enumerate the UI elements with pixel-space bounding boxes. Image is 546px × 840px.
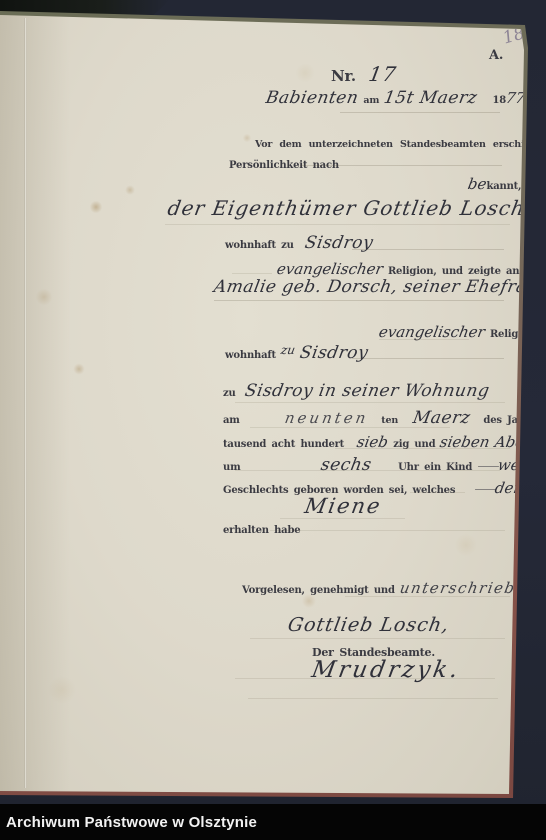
des-jahres: des Jahres [483, 415, 541, 426]
birth-place: Sisdroy in seiner Wohnung [243, 381, 491, 401]
um-label: um [223, 462, 240, 473]
ruled-line [379, 339, 469, 340]
thousand-print: tausend acht hundert [223, 439, 344, 450]
religion-line-1: evangelischer Religion, und zeigte an, d… [277, 259, 546, 278]
birthdate-line: am neunten ten Maerz des Jahres [223, 408, 542, 428]
ruled-line [248, 698, 498, 699]
dateline-place: Babienten [264, 88, 360, 108]
known-line: bekannt, [468, 174, 521, 193]
residence-line-2: wohnhaft zu Sisdroy [225, 343, 368, 363]
intro-line-1: Vor dem unterzeichneten Standesbeamten e… [255, 132, 546, 151]
form-letter-a: A. [489, 44, 503, 63]
residence2-zu: zu [280, 343, 297, 357]
erhalten-line: erhalten habe [223, 518, 300, 537]
residence1-label: wohnhaft zu [225, 240, 294, 251]
hour-hand: sechs [319, 455, 373, 475]
vornamen-print: Vornamen [529, 485, 546, 496]
ruled-line [352, 358, 504, 359]
den-hand: den [494, 479, 525, 497]
archive-watermark-bar: Archiwum Państwowe w Olsztynie [0, 804, 546, 840]
am-label: am [223, 415, 240, 426]
lichen-suffix: lichen [534, 462, 546, 473]
declarant-signature: Gottlieb Losch, [286, 614, 451, 636]
child-name-line: Miene [305, 494, 382, 518]
ruled-line [410, 492, 465, 493]
ruled-line [214, 300, 504, 301]
known-hand: be [466, 175, 488, 193]
declarant-line: der Eigenthümer Gottlieb Losch [168, 196, 525, 220]
religion2-print: Religion, [490, 329, 539, 340]
ruled-line [165, 224, 510, 225]
ten-suffix: ten [381, 415, 398, 426]
fold-crease [24, 18, 27, 788]
vorgelesen-print: Vorgelesen, genehmigt und [242, 585, 395, 596]
registrar-signature: Mrudrzyk. [310, 657, 463, 683]
dateline: Babienten am 15t Maerz 1877. [266, 88, 530, 108]
day-hand: neunten [283, 409, 370, 427]
declarant-name: der Eigenthümer Gottlieb Losch [166, 196, 527, 220]
child-name: Miene [303, 494, 384, 518]
intro-line-2: Persönlichkeit nach [229, 153, 339, 172]
vorgelesen-line: Vorgelesen, genehmigt und unterschrieben [242, 578, 537, 597]
scanned-register-page: A. 18 Nr. 17 Babienten am 15t Maerz 1877… [0, 0, 546, 840]
mother-name: Amalie geb. Dorsch, seiner Ehefrau [212, 277, 540, 297]
dateline-daymonth: 15t Maerz [383, 88, 480, 108]
unterschrieben-hand: unterschrieben [398, 579, 538, 597]
archive-watermark-text: Archiwum Państwowe w Olsztynie [6, 814, 257, 831]
birth-zu: zu [223, 388, 236, 399]
ruled-line [232, 273, 272, 274]
ruled-line [335, 448, 510, 449]
record-number-label: Nr. [331, 67, 356, 85]
ruled-line [345, 596, 510, 597]
gutter-shadow [0, 15, 70, 791]
residence-line-1: wohnhaft zu Sisdroy [225, 233, 373, 253]
ruled-line [250, 427, 450, 428]
religion1-hand: evangelischer [275, 260, 384, 278]
gender-line: Geschlechts geboren worden sei, welches … [223, 478, 546, 497]
dateline-am: am [363, 95, 379, 106]
residence2-label: wohnhaft [225, 350, 276, 361]
paper-sheet: A. 18 Nr. 17 Babienten am 15t Maerz 1877… [0, 0, 546, 840]
ruled-line [270, 530, 505, 531]
ruled-line [235, 402, 505, 403]
ruled-line [250, 638, 505, 639]
uhr-kind: Uhr ein Kind [398, 462, 472, 473]
ruled-line [235, 678, 495, 679]
ruled-line [340, 112, 500, 113]
dateline-year-written: 77. [504, 89, 531, 107]
record-number-line: Nr. 17 [331, 62, 396, 86]
mother-line: Amalie geb. Dorsch, seiner Ehefrau [214, 277, 538, 297]
ruled-line [352, 249, 504, 250]
record-number-value: 17 [367, 62, 399, 86]
birthplace-line: zu Sisdroy in seiner Wohnung [223, 381, 489, 401]
registrar-signature-line: Mrudrzyk. [312, 657, 460, 683]
month-hand: Maerz [411, 408, 472, 428]
birthtime-line: um sechs Uhr ein Kind ⸺weiblichen [223, 455, 546, 475]
ruled-line [235, 470, 500, 471]
known-print: kannt, [486, 181, 521, 192]
residence2-value: Sisdroy [298, 343, 370, 363]
declarant-signature-line: Gottlieb Losch, [288, 614, 449, 636]
residence1-value: Sisdroy [303, 233, 375, 253]
ruled-line [300, 165, 502, 166]
